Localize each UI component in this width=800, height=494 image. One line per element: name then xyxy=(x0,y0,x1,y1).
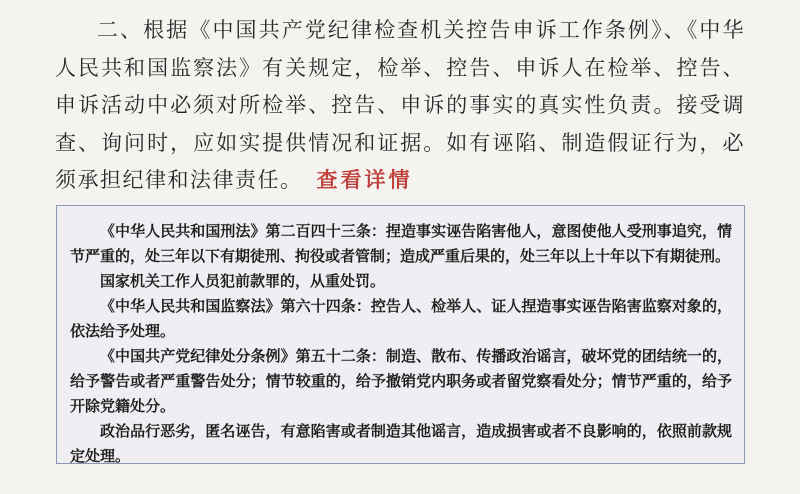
legal-paragraph-supervision-law: 《中华人民共和国监察法》第六十四条：控告人、检举人、证人捏造事实诬告陷害监察对象… xyxy=(70,294,732,344)
article-page: 二、根据《中国共产党纪律检查机关控告申诉工作条例》、《中华人民共和国监察法》有关… xyxy=(0,0,800,494)
legal-paragraph-state-organ: 国家机关工作人员犯前款罪的，从重处罚。 xyxy=(70,269,732,294)
legal-paragraph-anonymous-accusation: 政治品行恶劣，匿名诬告，有意陷害或者制造其他谣言，造成损害或者不良影响的，依照前… xyxy=(70,419,732,464)
intro-text: 二、根据《中国共产党纪律检查机关控告申诉工作条例》、《中华人民共和国监察法》有关… xyxy=(55,18,745,192)
intro-paragraph: 二、根据《中国共产党纪律检查机关控告申诉工作条例》、《中华人民共和国监察法》有关… xyxy=(55,12,745,200)
legal-paragraph-criminal-law: 《中华人民共和国刑法》第二百四十三条：捏造事实诬告陷害他人，意图使他人受刑事追究… xyxy=(70,219,732,269)
view-details-link[interactable]: 查看详情 xyxy=(317,168,413,192)
legal-paragraph-party-discipline: 《中国共产党纪律处分条例》第五十二条：制造、散布、传播政治谣言，破坏党的团结统一… xyxy=(70,344,732,419)
detail-box: 《中华人民共和国刑法》第二百四十三条：捏造事实诬告陷害他人，意图使他人受刑事追究… xyxy=(56,205,745,464)
